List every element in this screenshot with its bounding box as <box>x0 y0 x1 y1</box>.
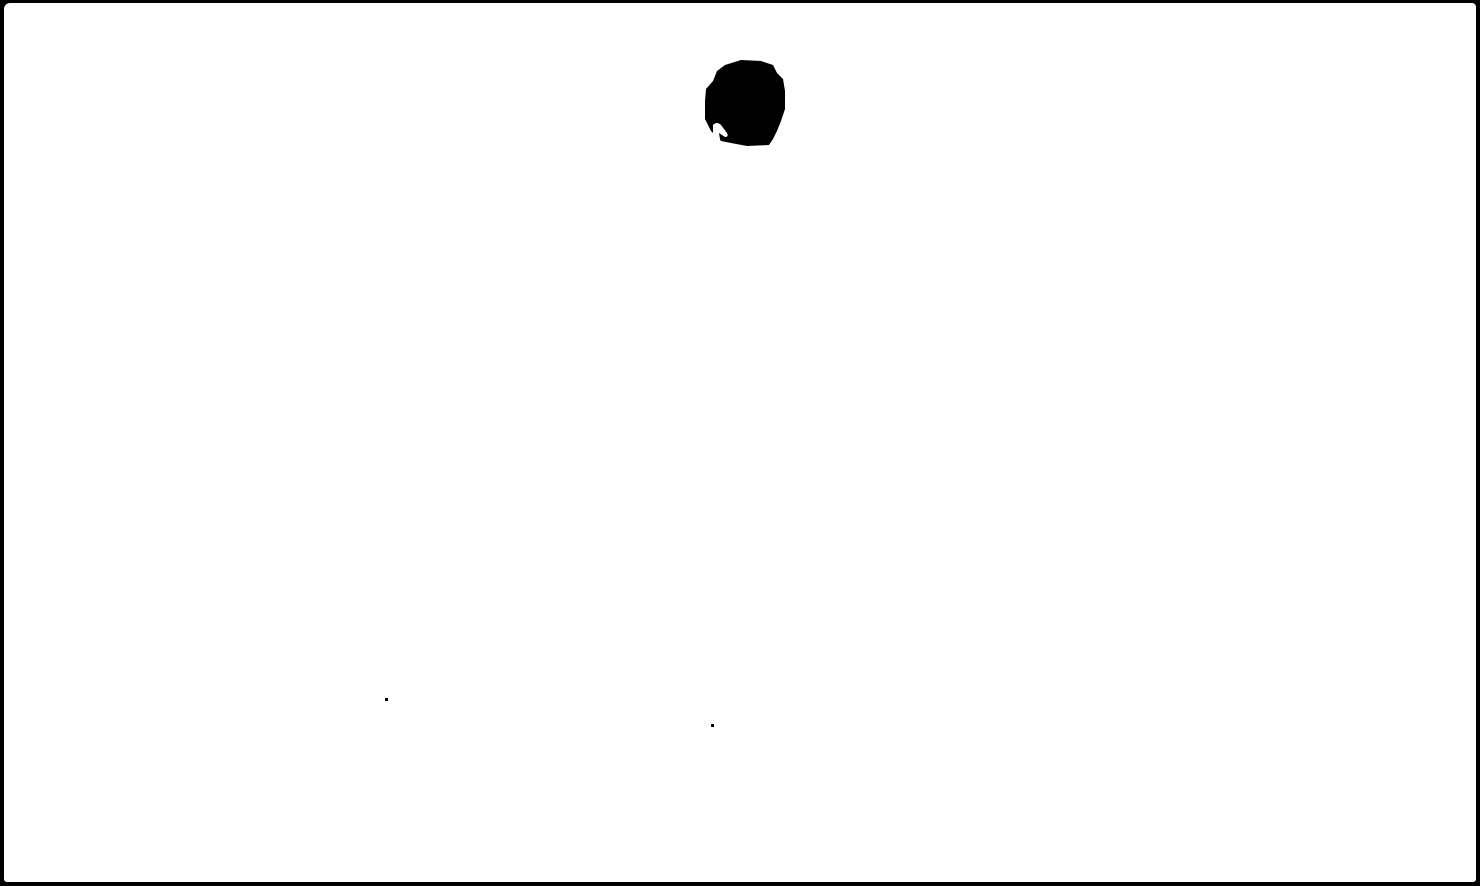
screen-frame <box>0 0 1480 886</box>
speck-dot <box>385 698 388 701</box>
speck-dot <box>711 724 714 727</box>
ink-blot-icon <box>703 59 787 147</box>
